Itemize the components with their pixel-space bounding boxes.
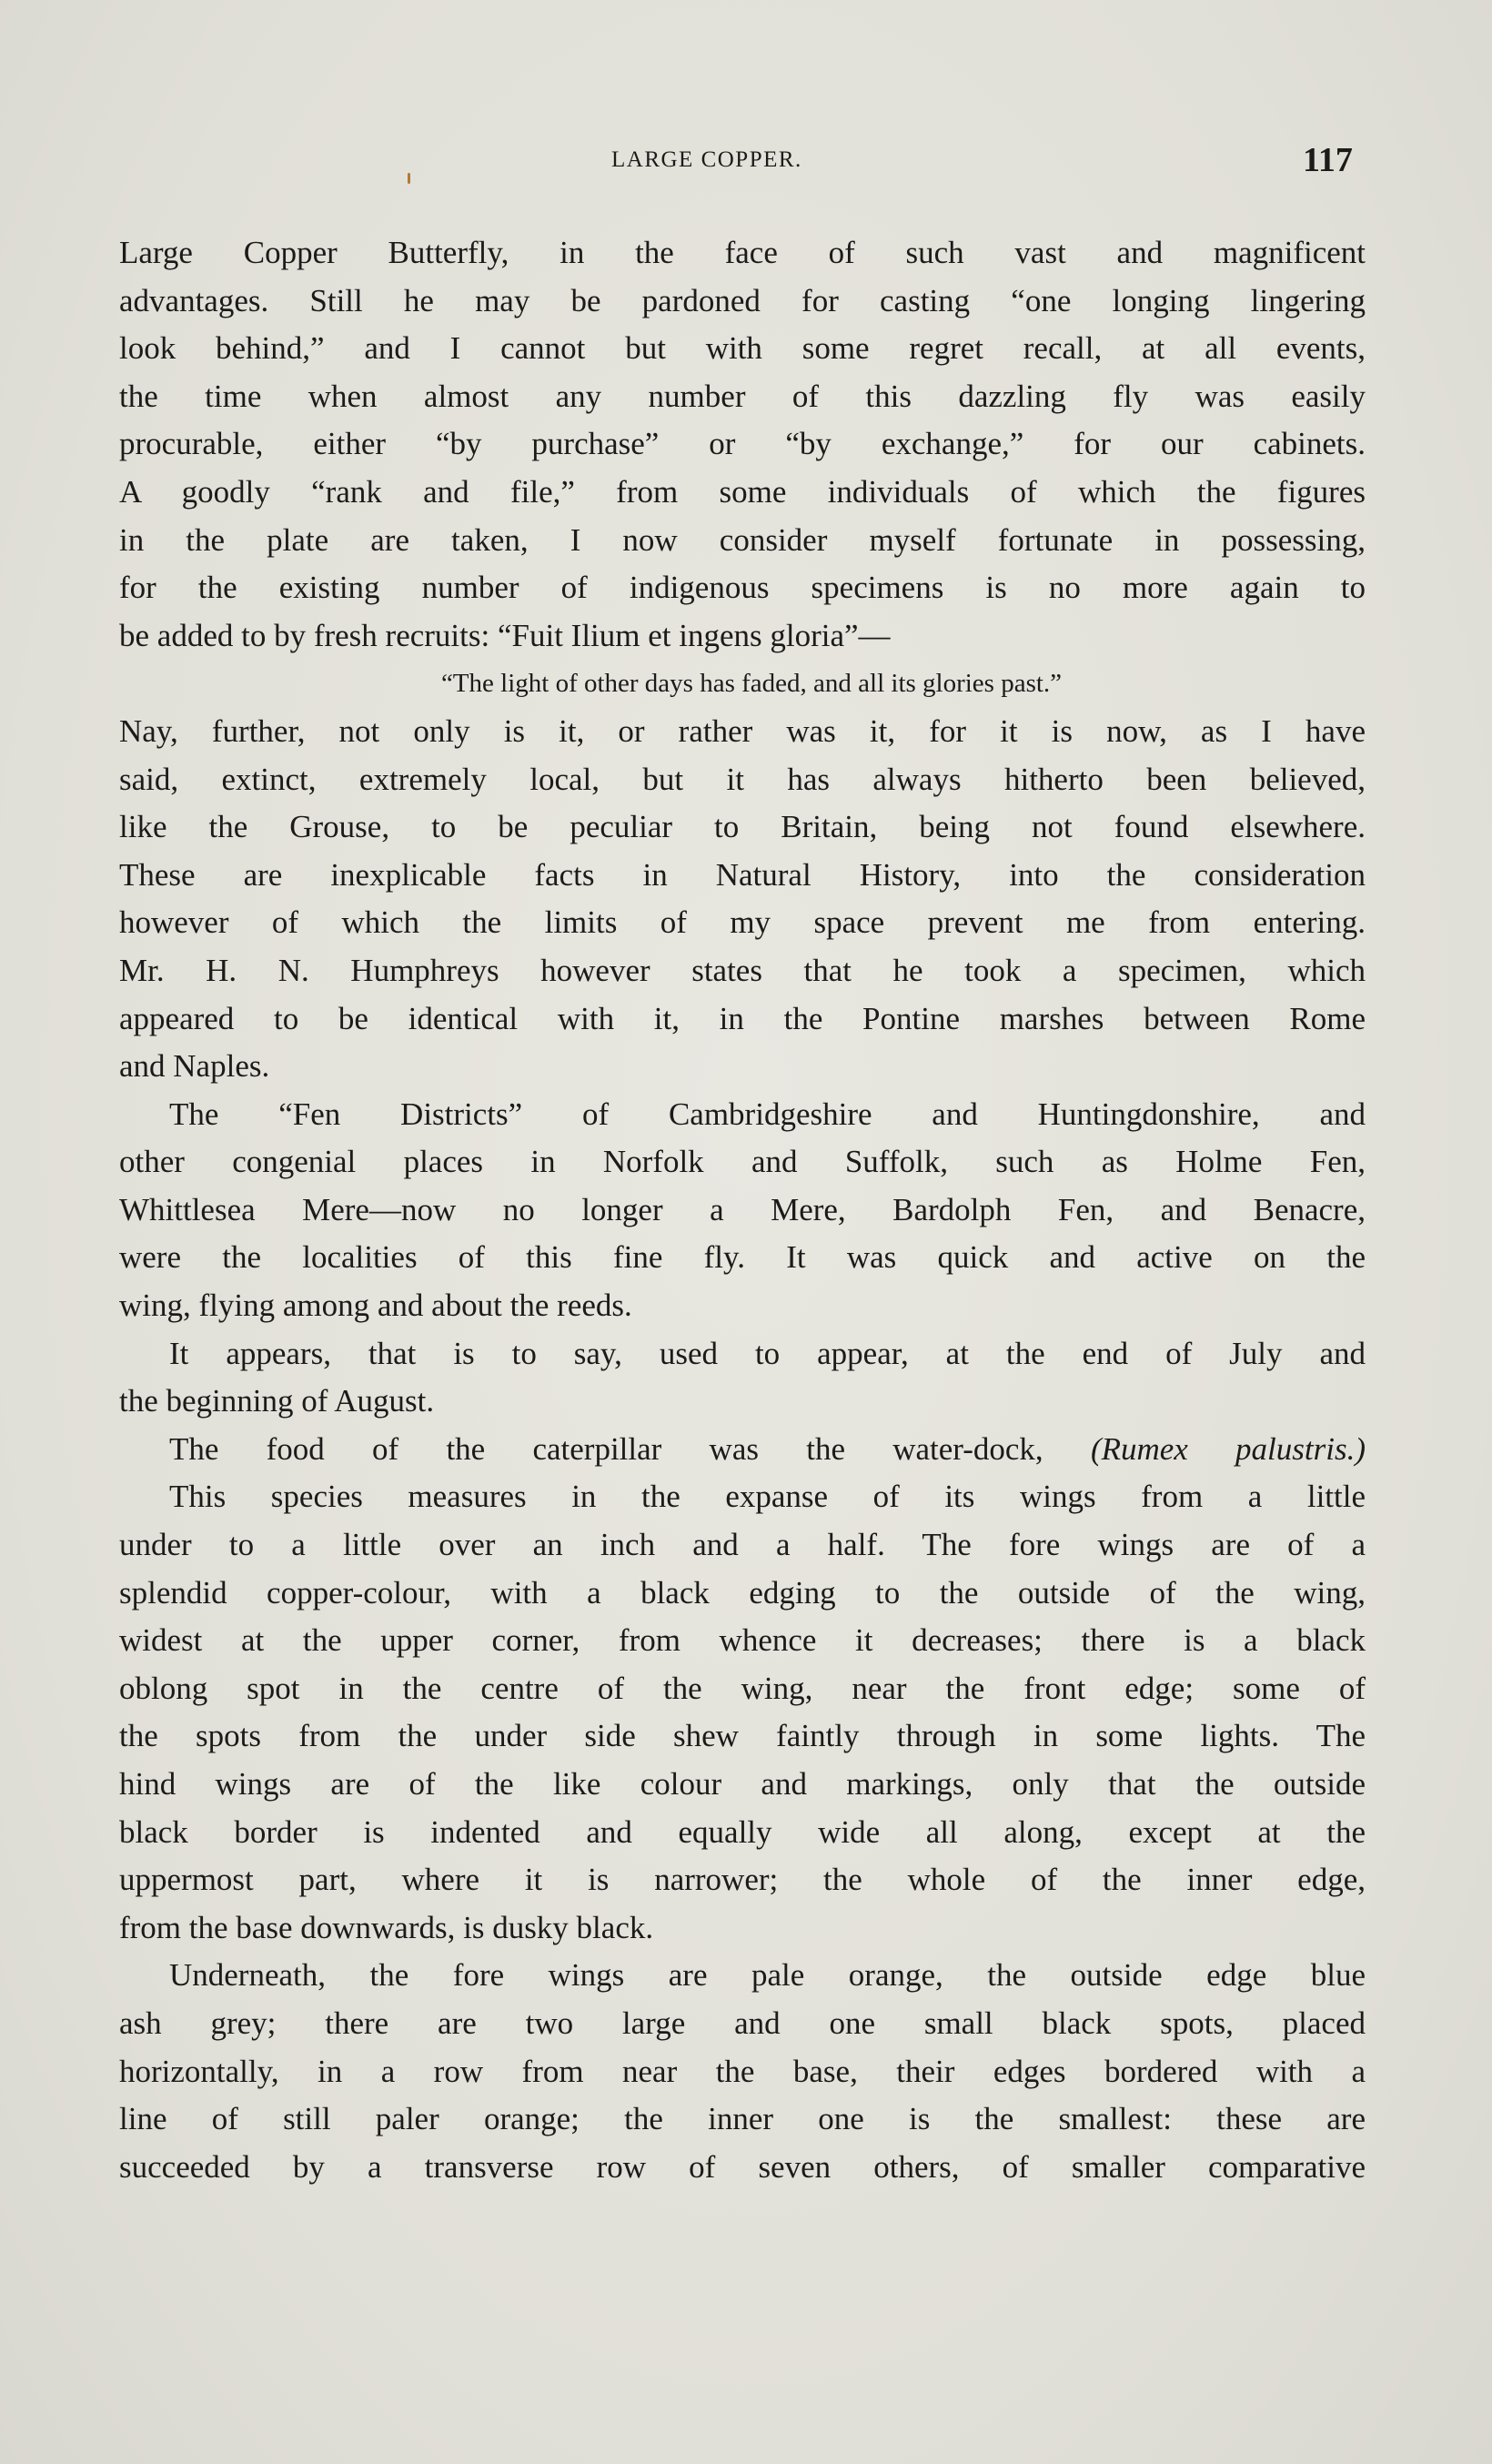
- text-line: Underneath, the fore wings are pale oran…: [119, 1952, 1366, 2000]
- text-line: the beginning of August.: [119, 1378, 1366, 1426]
- species-name: (Rumex palustris.): [1091, 1431, 1366, 1467]
- text-line-with-italic: The food of the caterpillar was the wate…: [119, 1426, 1366, 1474]
- text-line: Mr. H. N. Humphreys however states that …: [119, 947, 1366, 995]
- text-line: under to a little over an inch and a hal…: [119, 1521, 1366, 1570]
- running-head-title: LARGE COPPER.: [611, 147, 802, 173]
- text-line: line of still paler orange; the inner on…: [119, 2095, 1366, 2144]
- text-line: It appears, that is to say, used to appe…: [119, 1330, 1366, 1378]
- text-line: This species measures in the expanse of …: [119, 1473, 1366, 1521]
- line-text: The food of the caterpillar was the wate…: [169, 1431, 1043, 1467]
- text-line: in the plate are taken, I now consider m…: [119, 517, 1366, 565]
- text-line: were the localities of this fine fly. It…: [119, 1234, 1366, 1282]
- body-text: Large Copper Butterfly, in the face of s…: [119, 229, 1366, 2191]
- text-line: Whittlesea Mere—now no longer a Mere, Ba…: [119, 1187, 1366, 1235]
- text-line: for the existing number of indigenous sp…: [119, 564, 1366, 612]
- text-line: however of which the limits of my space …: [119, 899, 1366, 947]
- text-line: and Naples.: [119, 1043, 1366, 1091]
- running-head: LARGE COPPER. 117: [0, 147, 1492, 184]
- text-line: advantages. Still he may be pardoned for…: [119, 278, 1366, 326]
- page-number: 117: [1303, 140, 1353, 180]
- text-line: look behind,” and I cannot but with some…: [119, 325, 1366, 373]
- text-line: succeeded by a transverse row of seven o…: [119, 2144, 1366, 2192]
- text-line: splendid copper-colour, with a black edg…: [119, 1570, 1366, 1618]
- text-line: procurable, either “by purchase” or “by …: [119, 420, 1366, 469]
- paper-fleck: [408, 173, 410, 184]
- verse-quotation: “The light of other days has faded, and …: [119, 660, 1366, 708]
- text-line: These are inexplicable facts in Natural …: [119, 852, 1366, 900]
- text-line: hind wings are of the like colour and ma…: [119, 1761, 1366, 1809]
- text-line: appeared to be identical with it, in the…: [119, 995, 1366, 1044]
- text-line: Large Copper Butterfly, in the face of s…: [119, 229, 1366, 278]
- text-line: A goodly “rank and file,” from some indi…: [119, 469, 1366, 517]
- text-line: Nay, further, not only is it, or rather …: [119, 708, 1366, 756]
- text-line: widest at the upper corner, from whence …: [119, 1617, 1366, 1665]
- text-line: said, extinct, extremely local, but it h…: [119, 756, 1366, 804]
- text-line: the spots from the under side shew faint…: [119, 1712, 1366, 1761]
- text-line: oblong spot in the centre of the wing, n…: [119, 1665, 1366, 1713]
- text-line: black border is indented and equally wid…: [119, 1809, 1366, 1857]
- text-line: be added to by fresh recruits: “Fuit Ili…: [119, 612, 1366, 661]
- text-line: wing, flying among and about the reeds.: [119, 1282, 1366, 1330]
- text-line: ash grey; there are two large and one sm…: [119, 2000, 1366, 2048]
- text-line: the time when almost any number of this …: [119, 373, 1366, 421]
- text-line: horizontally, in a row from near the bas…: [119, 2048, 1366, 2096]
- text-line: uppermost part, where it is narrower; th…: [119, 1856, 1366, 1904]
- text-line: like the Grouse, to be peculiar to Brita…: [119, 803, 1366, 852]
- text-line: The “Fen Districts” of Cambridgeshire an…: [119, 1091, 1366, 1139]
- text-line: other congenial places in Norfolk and Su…: [119, 1138, 1366, 1187]
- text-line: from the base downwards, is dusky black.: [119, 1904, 1366, 1953]
